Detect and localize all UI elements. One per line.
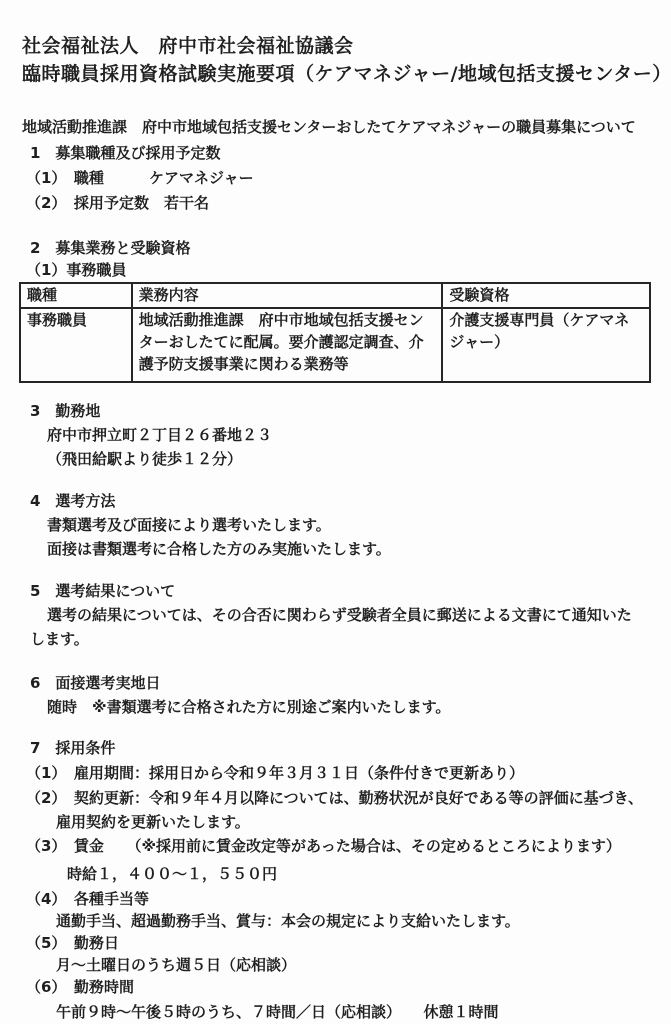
org-name: 社会福祉法人 府中市社会福祉協議会 bbox=[22, 32, 655, 60]
section-7-allowances-detail: 通勤手当、超過勤務手当、賞与：本会の規定により支給いたします。 bbox=[22, 910, 655, 932]
section-7-item-work-hours: （6） 勤務時間 bbox=[22, 976, 655, 998]
section-work-location: 3 勤務地 府中市押立町２丁目２６番地２３ （飛田給駅より徒歩１２分） bbox=[22, 399, 655, 471]
subject-line: 地域活動推進課 府中市地域包括支援センターおしたてケアマネジャーの職員募集につい… bbox=[22, 115, 655, 139]
section-recruit-positions: 1 募集職種及び採用予定数 （1） 職種 ケアマネジャー （2） 採用予定数 若… bbox=[22, 141, 655, 215]
section-2-subheading: （1）事務職員 bbox=[22, 259, 655, 281]
section-5-line-1: 選考の結果については、その合否に関わらず受験者全員に郵送による文書にて通知いた bbox=[22, 603, 655, 627]
section-7-item-employment-period: （1） 雇用期間：採用日から令和９年３月３１日（条件付きで更新あり） bbox=[22, 761, 655, 785]
section-6-line-1: 随時 ※書類選考に合格された方に別途ご案内いたします。 bbox=[22, 695, 655, 719]
section-5-heading: 5 選考結果について bbox=[22, 579, 655, 603]
section-interview-date: 6 面接選考実地日 随時 ※書類選考に合格された方に別途ご案内いたします。 bbox=[22, 671, 655, 719]
section-5-line-2: します。 bbox=[22, 627, 655, 651]
jobs-table-header-gyomu: 業務内容 bbox=[132, 283, 443, 308]
section-4-line-2: 面接は書類選考に合格した方のみ実施いたします。 bbox=[22, 537, 655, 561]
document-page: 社会福祉法人 府中市社会福祉協議会 臨時職員採用資格試験実施要項（ケアマネジャー… bbox=[0, 0, 671, 1024]
jobs-table: 職種 業務内容 受験資格 事務職員 地域活動推進課 府中市地域包括支援センターお… bbox=[19, 282, 651, 383]
section-4-heading: 4 選考方法 bbox=[22, 489, 655, 513]
title-block: 社会福祉法人 府中市社会福祉協議会 臨時職員採用資格試験実施要項（ケアマネジャー… bbox=[22, 32, 655, 88]
jobs-table-cell-gyomu: 地域活動推進課 府中市地域包括支援センターおしたてに配属。要介護認定調査、介護予… bbox=[132, 308, 443, 382]
section-duties-qualifications: 2 募集業務と受験資格 （1）事務職員 職種 業務内容 受験資格 事務職員 地域… bbox=[22, 237, 655, 383]
section-3-address: 府中市押立町２丁目２６番地２３ bbox=[22, 423, 655, 447]
section-7-wage-amount: 時給１，４００～１，５５０円 bbox=[22, 862, 655, 886]
section-3-access: （飛田給駅より徒歩１２分） bbox=[22, 447, 655, 471]
section-7-item-allowances: （4） 各種手当等 bbox=[22, 888, 655, 910]
document-body: 社会福祉法人 府中市社会福祉協議会 臨時職員採用資格試験実施要項（ケアマネジャー… bbox=[0, 0, 671, 1024]
section-7-heading: 7 採用条件 bbox=[22, 736, 655, 760]
section-7-item-contract-renewal: （2） 契約更新：令和９年４月以降については、勤務状況が良好である等の評価に基づ… bbox=[22, 786, 655, 810]
section-3-heading: 3 勤務地 bbox=[22, 399, 655, 423]
section-1-heading: 1 募集職種及び採用予定数 bbox=[22, 141, 655, 165]
jobs-table-header-shikaku: 受験資格 bbox=[442, 283, 650, 308]
jobs-table-header-row: 職種 業務内容 受験資格 bbox=[20, 283, 650, 308]
section-2-heading: 2 募集業務と受験資格 bbox=[22, 237, 655, 259]
section-7-item-wage: （3） 賃金 （※採用前に賃金改定等があった場合は、その定めるところによります） bbox=[22, 834, 655, 858]
section-7-item-work-days: （5） 勤務日 bbox=[22, 932, 655, 954]
section-7-item-contract-renewal-cont: 雇用契約を更新いたします。 bbox=[22, 810, 655, 834]
doc-title: 臨時職員採用資格試験実施要項（ケアマネジャー/地域包括支援センター） bbox=[22, 60, 655, 88]
section-employment-conditions: 7 採用条件 （1） 雇用期間：採用日から令和９年３月３１日（条件付きで更新あり… bbox=[22, 736, 655, 1024]
section-1-item-shokushu: （1） 職種 ケアマネジャー bbox=[22, 166, 655, 190]
section-7-work-days-detail: 月～土曜日のうち週５日（応相談） bbox=[22, 954, 655, 976]
jobs-table-cell-shokushu: 事務職員 bbox=[20, 308, 132, 382]
jobs-table-cell-shikaku: 介護支援専門員（ケアマネジャー） bbox=[442, 308, 650, 382]
jobs-table-row: 事務職員 地域活動推進課 府中市地域包括支援センターおしたてに配属。要介護認定調… bbox=[20, 308, 650, 382]
section-1-item-saiyo: （2） 採用予定数 若干名 bbox=[22, 191, 655, 215]
section-selection-method: 4 選考方法 書類選考及び面接により選考いたします。 面接は書類選考に合格した方… bbox=[22, 489, 655, 561]
jobs-table-header-shokushu: 職種 bbox=[20, 283, 132, 308]
section-7-work-hours-detail: 午前９時～午後５時のうち、７時間／日（応相談） 休憩１時間 bbox=[22, 1000, 655, 1024]
section-6-heading: 6 面接選考実地日 bbox=[22, 671, 655, 695]
section-selection-results: 5 選考結果について 選考の結果については、その合否に関わらず受験者全員に郵送に… bbox=[22, 579, 655, 651]
section-4-line-1: 書類選考及び面接により選考いたします。 bbox=[22, 513, 655, 537]
